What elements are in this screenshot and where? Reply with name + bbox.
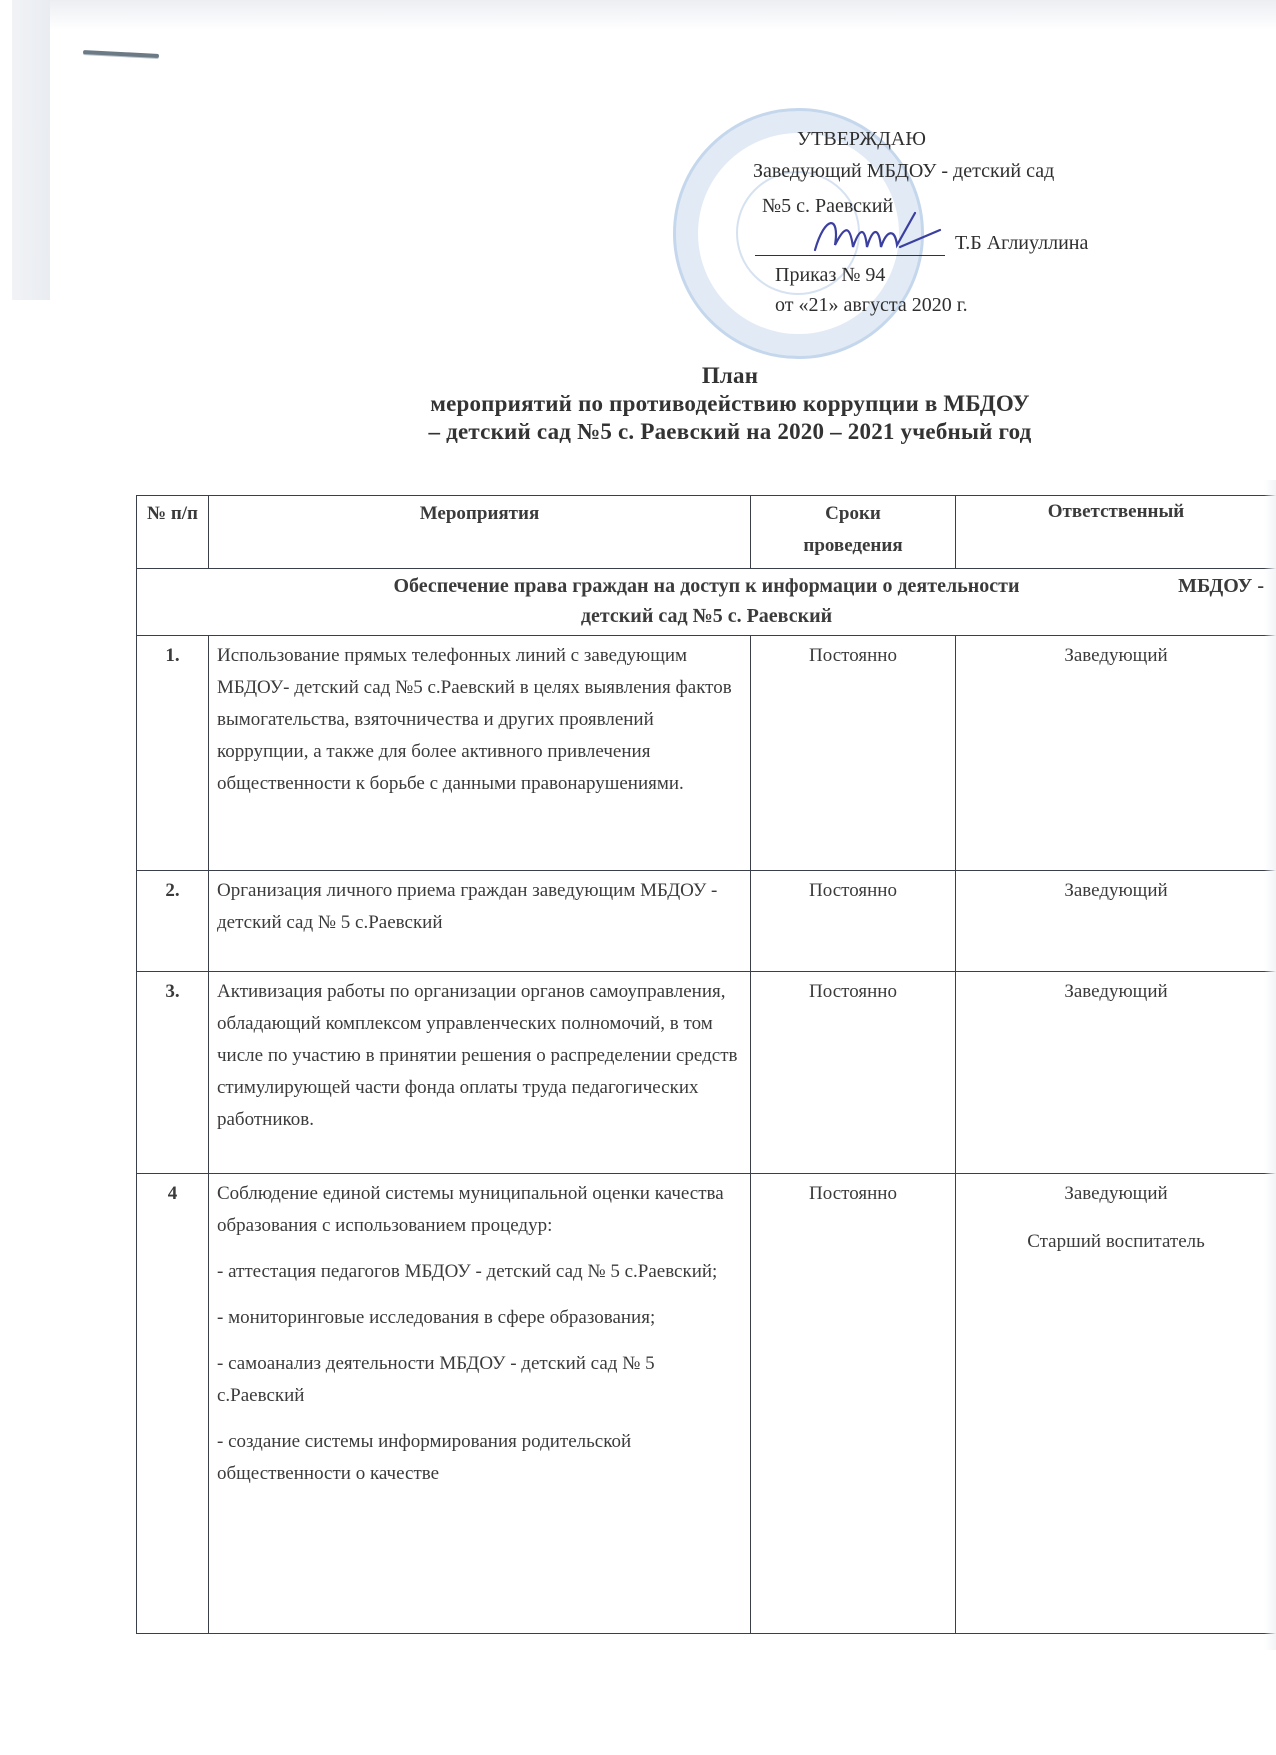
- row-responsible: Заведующий Старший воспитатель: [956, 1174, 1276, 1634]
- table-header-row: № п/п Мероприятия Сроки проведения Ответ…: [137, 496, 1276, 569]
- activity-text: Соблюдение единой системы муниципальной …: [217, 1178, 744, 1242]
- responsible-text: Заведующий: [1064, 1183, 1167, 1204]
- approval-date: от «21» августа 2020 г.: [775, 294, 968, 317]
- table-row: 1. Использование прямых телефонных линий…: [137, 636, 1276, 871]
- activity-text: Использование прямых телефонных линий с …: [217, 640, 744, 800]
- plan-table: № п/п Мероприятия Сроки проведения Ответ…: [136, 495, 1276, 1634]
- table-row: 4 Соблюдение единой системы муниципально…: [137, 1174, 1276, 1634]
- row-number: 4: [137, 1174, 209, 1634]
- row-activity: Соблюдение единой системы муниципальной …: [209, 1174, 751, 1634]
- approval-heading: УТВЕРЖДАЮ: [797, 128, 926, 151]
- table-row: 2. Организация личного приема граждан за…: [137, 871, 1276, 972]
- row-activity: Организация личного приема граждан завед…: [209, 871, 751, 972]
- title-line-1: План: [330, 362, 1130, 390]
- responsible-text: Заведующий: [1064, 981, 1167, 1002]
- responsible-text: Старший воспитатель: [956, 1226, 1276, 1258]
- row-activity: Использование прямых телефонных линий с …: [209, 636, 751, 871]
- activity-bullet: - создание системы информирования родите…: [217, 1426, 744, 1490]
- row-term: Постоянно: [751, 636, 956, 871]
- scan-shadow-top: [50, 0, 1276, 30]
- scan-shadow-right: [1264, 480, 1276, 1650]
- row-number: 3.: [137, 972, 209, 1174]
- activity-bullet: - аттестация педагогов МБДОУ - детский с…: [217, 1256, 744, 1288]
- header-number: № п/п: [137, 496, 209, 569]
- header-responsible-label: Ответственный: [1048, 501, 1185, 522]
- row-number: 2.: [137, 871, 209, 972]
- approval-signatory: Т.Б Аглиуллина: [955, 232, 1088, 255]
- signature-line: [755, 255, 945, 256]
- row-term: Постоянно: [751, 871, 956, 972]
- table-row: 3. Активизация работы по организации орг…: [137, 972, 1276, 1174]
- approval-order: Приказ № 94: [775, 264, 885, 287]
- activity-bullet: - самоанализ деятельности МБДОУ - детски…: [217, 1348, 744, 1412]
- activity-bullet: - мониторинговые исследования в сфере об…: [217, 1302, 744, 1334]
- section-heading: Обеспечение права граждан на доступ к ин…: [137, 569, 1276, 636]
- header-terms-label: Сроки проведения: [803, 503, 902, 556]
- scan-shadow-left: [12, 0, 50, 300]
- row-activity: Активизация работы по организации органо…: [209, 972, 751, 1174]
- header-activities: Мероприятия: [209, 496, 751, 569]
- approval-position: Заведующий МБДОУ - детский сад: [753, 160, 1054, 183]
- section-row: Обеспечение права граждан на доступ к ин…: [137, 569, 1276, 636]
- row-responsible: Заведующий: [956, 636, 1276, 871]
- responsible-text: Заведующий: [1064, 645, 1167, 666]
- row-term: Постоянно: [751, 1174, 956, 1634]
- signature-icon: [805, 205, 945, 260]
- header-number-label: № п/п: [147, 503, 198, 524]
- section-title-right: МБДОУ -: [1178, 571, 1264, 601]
- section-title: Обеспечение права граждан на доступ к ин…: [393, 575, 1019, 597]
- row-number: 1.: [137, 636, 209, 871]
- activity-text: Активизация работы по организации органо…: [217, 976, 744, 1136]
- activity-text: Организация личного приема граждан завед…: [217, 875, 744, 939]
- title-line-3: – детский сад №5 с. Раевский на 2020 – 2…: [330, 418, 1130, 446]
- header-activities-label: Мероприятия: [420, 503, 539, 524]
- header-terms: Сроки проведения: [751, 496, 956, 569]
- document-title: План мероприятий по противодействию корр…: [330, 362, 1130, 446]
- row-responsible: Заведующий: [956, 871, 1276, 972]
- title-line-2: мероприятий по противодействию коррупции…: [330, 390, 1130, 418]
- header-responsible: Ответственный: [956, 496, 1276, 569]
- row-term: Постоянно: [751, 972, 956, 1174]
- staple-mark: [83, 50, 159, 58]
- section-subtitle: детский сад №5 с. Раевский: [581, 605, 832, 627]
- row-responsible: Заведующий: [956, 972, 1276, 1174]
- responsible-text: Заведующий: [1064, 880, 1167, 901]
